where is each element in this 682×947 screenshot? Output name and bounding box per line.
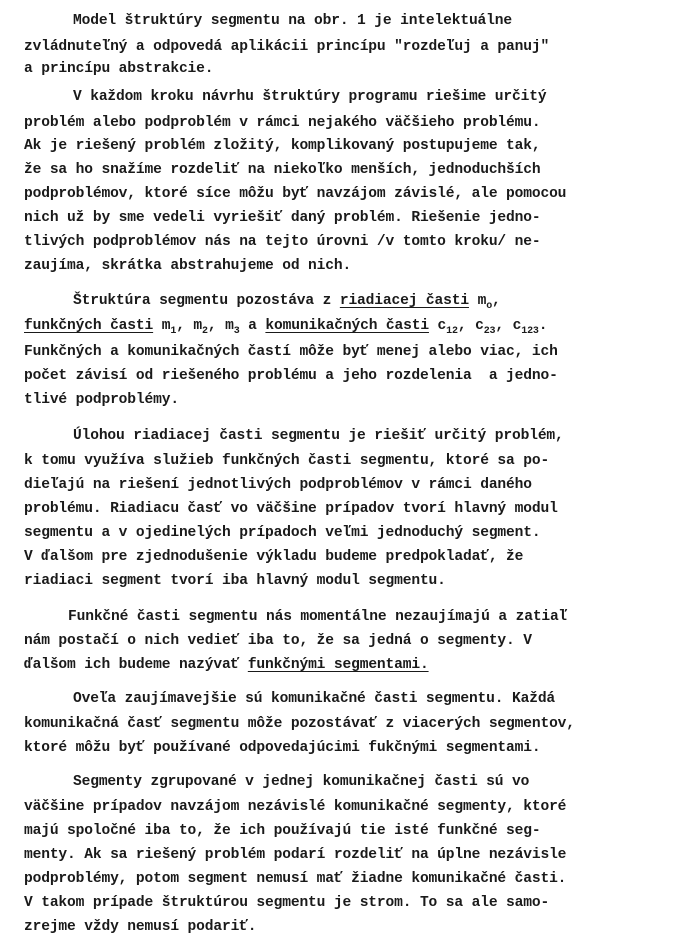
text-line: podproblémy, potom segment nemusí mať ži… — [24, 868, 566, 890]
text-line: problém alebo podproblém v rámci nejakéh… — [24, 112, 540, 134]
text-span: , c — [458, 318, 484, 334]
text-line: Funkčné časti segmentu nás momentálne ne… — [68, 606, 567, 628]
text-line: počet závisí od riešeného problému a jeh… — [24, 365, 558, 387]
text-line: ktoré môžu byť používané odpovedajúcimi … — [24, 737, 540, 759]
subscript: 12 — [446, 326, 458, 337]
text-line: zaujíma, skrátka abstrahujeme od nich. — [24, 255, 351, 277]
text-line: Funkčných a komunikačných častí môže byť… — [24, 341, 558, 363]
underlined-term-riadiacej-casti: riadiacej časti — [340, 293, 469, 309]
text-line: zrejme vždy nemusí podariť. — [24, 916, 256, 938]
text-line: Segmenty zgrupované v jednej komunikačne… — [73, 771, 529, 793]
text-span: m — [153, 318, 170, 334]
text-line: V ďalšom pre zjednodušenie výkladu budem… — [24, 546, 523, 568]
text-span: , c — [495, 318, 521, 334]
text-line: k tomu využíva služieb funkčných časti s… — [24, 450, 549, 472]
text-span: a — [240, 318, 266, 334]
text-line: dieľajú na riešení jednotlivých podprobl… — [24, 474, 532, 496]
text-line: Model štruktúry segmentu na obr. 1 je in… — [73, 10, 512, 32]
text-line: tlivých podproblémov nás na tejto úrovni… — [24, 231, 540, 253]
text-line: nám postačí o nich vedieť iba to, že sa … — [24, 630, 532, 652]
text-span: c — [429, 318, 446, 334]
underlined-term-funkcnych-casti: funkčných časti — [24, 318, 153, 334]
text-line: riadiaci segment tvorí iba hlavný modul … — [24, 570, 446, 592]
text-line: segmentu a v ojedinelých prípadoch veľmi… — [24, 522, 540, 544]
text-line: funkčných časti m1, m2, m3 a komunikačný… — [24, 315, 547, 337]
text-span: m — [469, 293, 486, 309]
text-line: tlivé podproblémy. — [24, 389, 179, 411]
text-line: podproblémov, ktoré síce môžu byť navzáj… — [24, 183, 566, 205]
text-line: komunikačná časť segmentu môže pozostáva… — [24, 713, 575, 735]
text-span: Štruktúra segmentu pozostáva z — [73, 293, 340, 309]
subscript: 123 — [521, 326, 539, 337]
text-line: Oveľa zaujímavejšie sú komunikačné časti… — [73, 688, 555, 710]
underlined-term-komunikacnych-casti: komunikačných časti — [265, 318, 429, 334]
text-span: , m — [176, 318, 202, 334]
scanned-document-page: Model štruktúry segmentu na obr. 1 je in… — [0, 0, 682, 947]
text-line: zvládnuteľný a odpovedá aplikácii princí… — [24, 36, 549, 58]
text-span: , — [492, 293, 501, 309]
subscript: 23 — [484, 326, 496, 337]
text-span: ďalšom ich budeme nazývať — [24, 657, 248, 673]
text-line: V každom kroku návrhu štruktúry programu… — [73, 86, 546, 108]
text-line: a princípu abstrakcie. — [24, 58, 213, 80]
text-span: . — [539, 318, 548, 334]
text-line: Ak je riešený problém zložitý, komplikov… — [24, 135, 540, 157]
text-line: Úlohou riadiacej časti segmentu je rieši… — [73, 425, 564, 447]
text-line: Štruktúra segmentu pozostáva z riadiacej… — [73, 290, 501, 312]
text-line: ďalšom ich budeme nazývať funkčnými segm… — [24, 654, 429, 676]
text-line: nich už by sme vedeli vyriešiť daný prob… — [24, 207, 540, 229]
text-line: väčšine prípadov navzájom nezávislé komu… — [24, 796, 566, 818]
text-line: že sa ho snažíme rozdeliť na niekoľko me… — [24, 159, 540, 181]
underlined-term-funkcnymi-segmentami: funkčnými segmentami. — [248, 657, 429, 673]
text-line: V takom prípade štruktúrou segmentu je s… — [24, 892, 549, 914]
text-line: problému. Riadiacu časť vo väčšine prípa… — [24, 498, 558, 520]
text-span: , m — [208, 318, 234, 334]
text-line: menty. Ak sa riešený problém podarí rozd… — [24, 844, 566, 866]
text-line: majú spoločné iba to, že ich používajú t… — [24, 820, 540, 842]
